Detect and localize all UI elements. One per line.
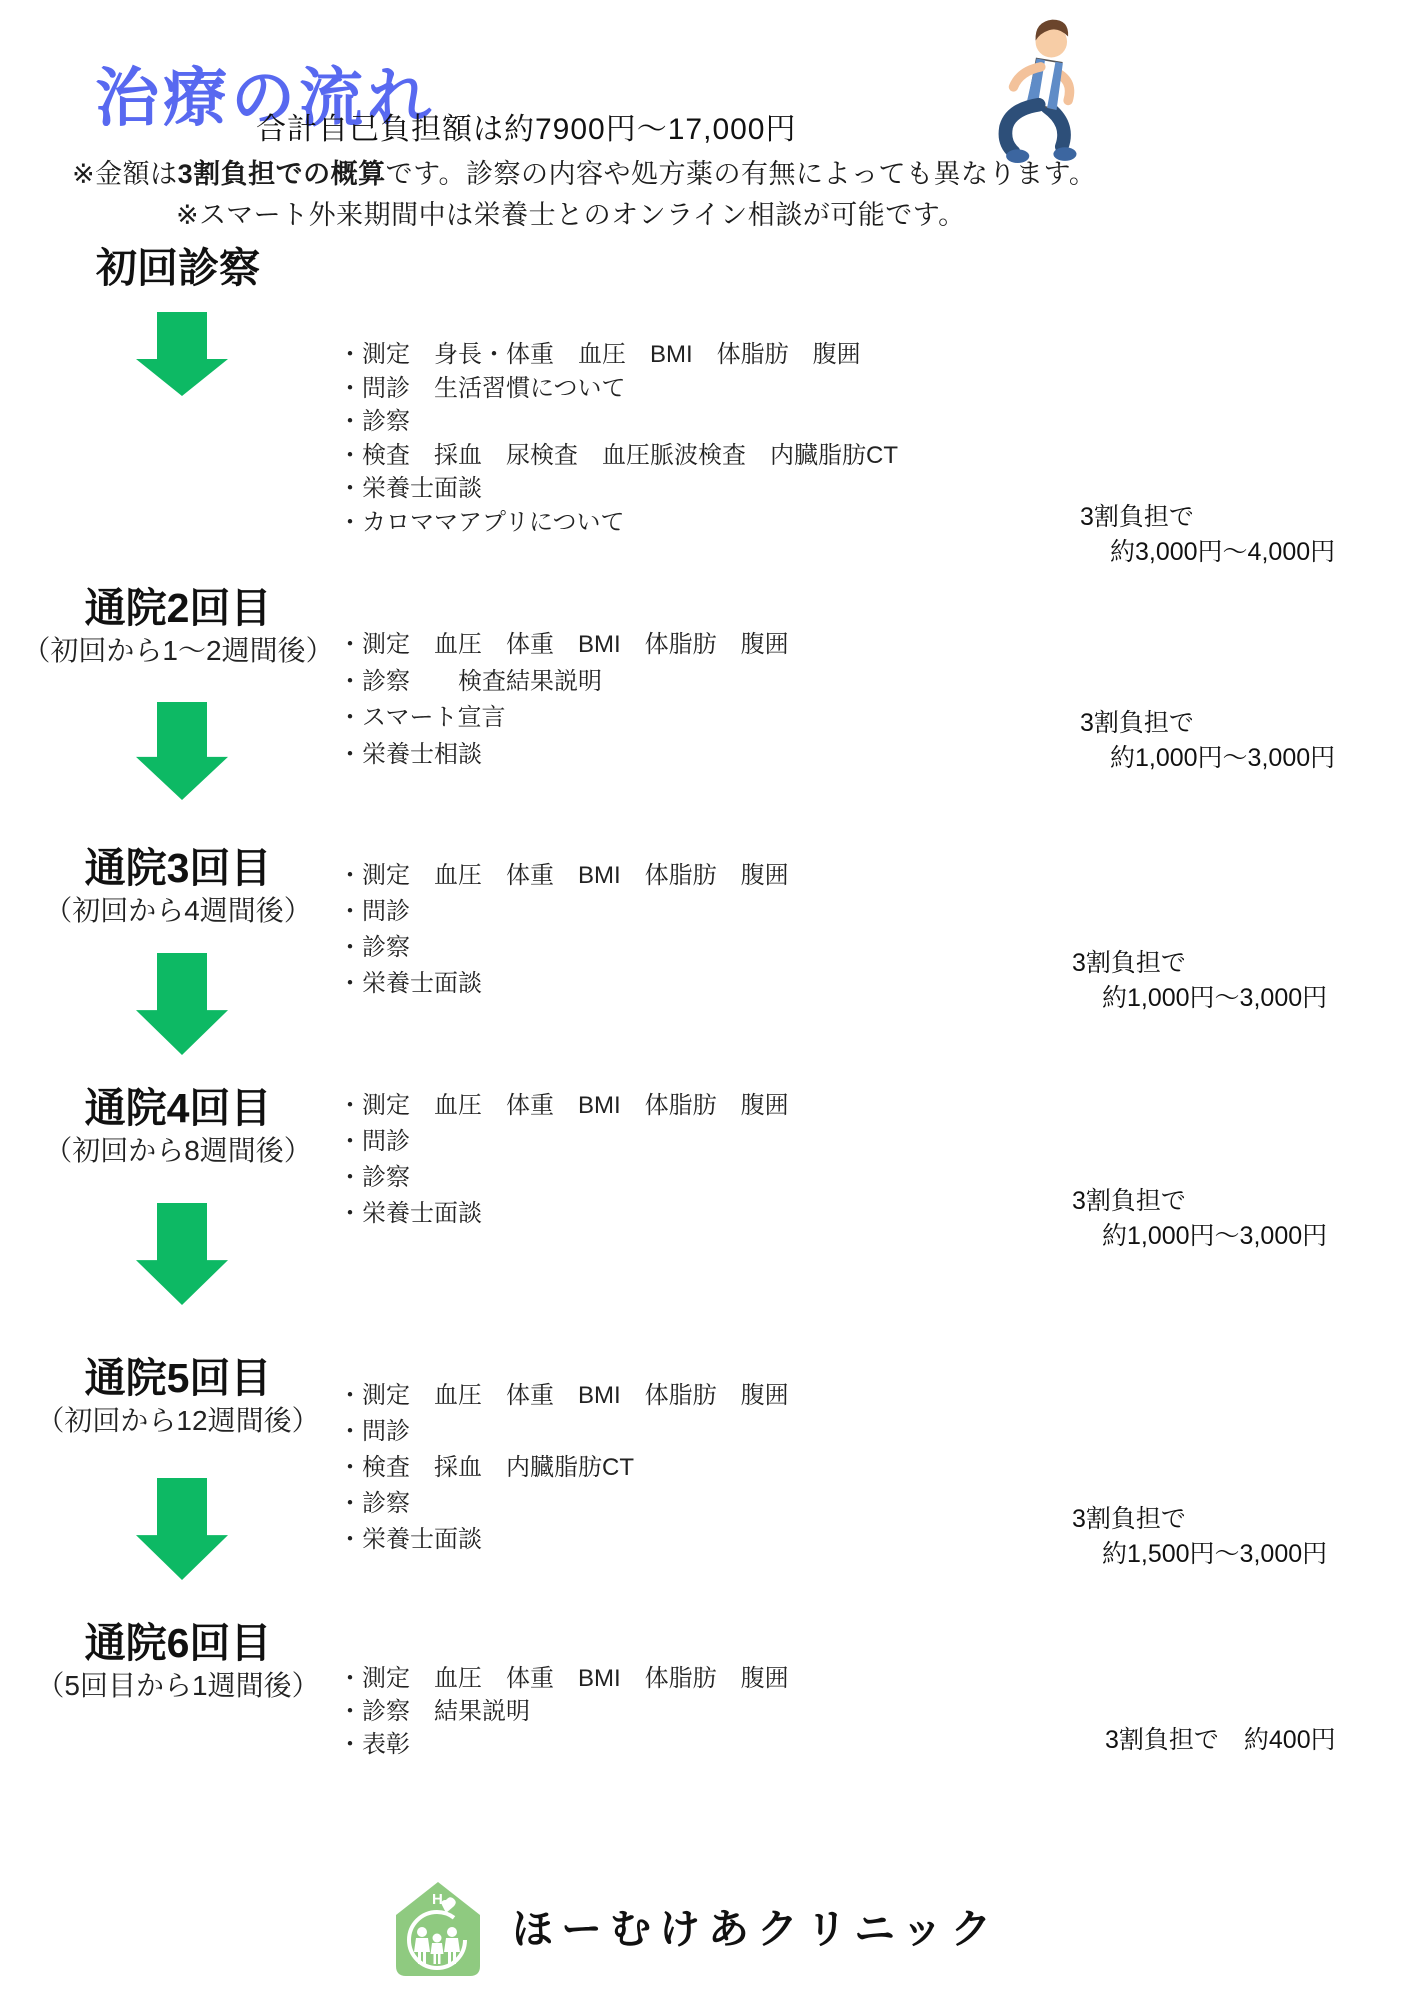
stage-title: 通院6回目 (22, 1618, 334, 1669)
clinic-logo-icon: H (394, 1880, 482, 1980)
stage: 通院6回目 （5回目から1週間後） ・測定 血圧 体重 BMI 体脂肪 腹囲・診… (0, 0, 1414, 2000)
svg-text:H: H (432, 1891, 443, 1908)
stage-item: ・表彰 (338, 1728, 1058, 1761)
stage-subtitle: （5回目から1週間後） (22, 1669, 334, 1703)
stage-item: ・診察 結果説明 (338, 1695, 1058, 1728)
page: 治療の流れ 合計自己負担額は約7900円〜17,000円 ※金額は3割負担での概… (0, 0, 1414, 2000)
cost-line-1: 3割負担で 約400円 (1105, 1723, 1414, 1758)
stage-cost: 3割負担で 約400円 (1105, 1723, 1414, 1758)
clinic-name: ほーむけあクリニック (512, 1896, 1000, 1955)
stage-item: ・測定 血圧 体重 BMI 体脂肪 腹囲 (338, 1662, 1058, 1695)
stage-item-list: ・測定 血圧 体重 BMI 体脂肪 腹囲・診察 結果説明・表彰 (338, 1662, 1058, 1761)
stage-heading-block: 通院6回目 （5回目から1週間後） (22, 1618, 334, 1703)
